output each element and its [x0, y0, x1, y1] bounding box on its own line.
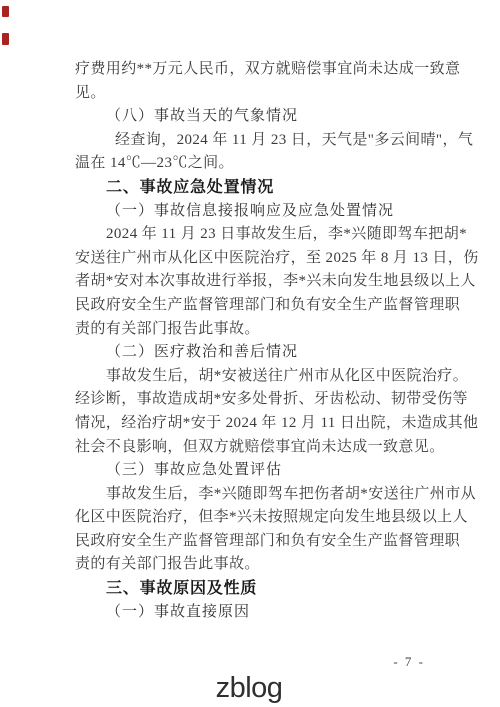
document-page: 疗费用约**万元人民币，双方就赔偿事宜尚未达成一致意见。（八）事故当天的气象情况… — [0, 0, 500, 707]
text-line: 见。 — [75, 82, 460, 106]
red-edge-mark-top — [2, 6, 9, 17]
text-line: 民政府安全生产监督管理部门和负有安全生产监督管理职 — [75, 294, 460, 318]
text-line: （一）事故直接原因 — [75, 601, 460, 625]
text-line: 事故发生后，李*兴随即驾车把伤者胡*安送往广州市从 — [75, 483, 460, 507]
watermark-zblog: zblog — [216, 671, 283, 705]
text-line: 2024 年 11 月 23 日事故发生后，李*兴随即驾车把胡* — [75, 223, 460, 247]
text-line: 化区中医院治疗，但李*兴未按照规定向发生地县级以上人 — [75, 506, 460, 530]
text-line: 二、事故应急处置情况 — [75, 176, 460, 200]
text-line: 疗费用约**万元人民币，双方就赔偿事宜尚未达成一致意 — [75, 58, 460, 82]
text-line: 事故发生后，胡*安被送往广州市从化区中医院治疗。 — [75, 365, 460, 389]
page-number: - 7 - — [393, 654, 425, 670]
text-line: 安送往广州市从化区中医院治疗，至 2025 年 8 月 13 日，伤 — [75, 247, 460, 271]
text-line: 经诊断，事故造成胡*安多处骨折、牙齿松动、韧带受伤等 — [75, 388, 460, 412]
text-line: 责的有关部门报告此事故。 — [75, 553, 460, 577]
text-line: 温在 14℃—23℃之间。 — [75, 152, 460, 176]
document-lines: 疗费用约**万元人民币，双方就赔偿事宜尚未达成一致意见。（八）事故当天的气象情况… — [75, 58, 460, 624]
text-line: （二）医疗救治和善后情况 — [75, 341, 460, 365]
text-line: 经查询，2024 年 11 月 23 日，天气是"多云间晴"，气 — [75, 129, 460, 153]
text-line: 者胡*安对本次事故进行举报，李*兴未向发生地县级以上人 — [75, 270, 460, 294]
text-line: （一）事故信息接报响应及应急处置情况 — [75, 200, 460, 224]
text-line: 民政府安全生产监督管理部门和负有安全生产监督管理职 — [75, 530, 460, 554]
text-line: （三）事故应急处置评估 — [75, 459, 460, 483]
text-line: 责的有关部门报告此事故。 — [75, 318, 460, 342]
text-line: 社会不良影响，但双方就赔偿事宜尚未达成一致意见。 — [75, 436, 460, 460]
red-edge-mark-bottom — [2, 33, 9, 45]
text-line: （八）事故当天的气象情况 — [75, 105, 460, 129]
text-line: 三、事故原因及性质 — [75, 577, 460, 601]
text-line: 情况，经治疗胡*安于 2024 年 12 月 11 日出院，未造成其他 — [75, 412, 460, 436]
